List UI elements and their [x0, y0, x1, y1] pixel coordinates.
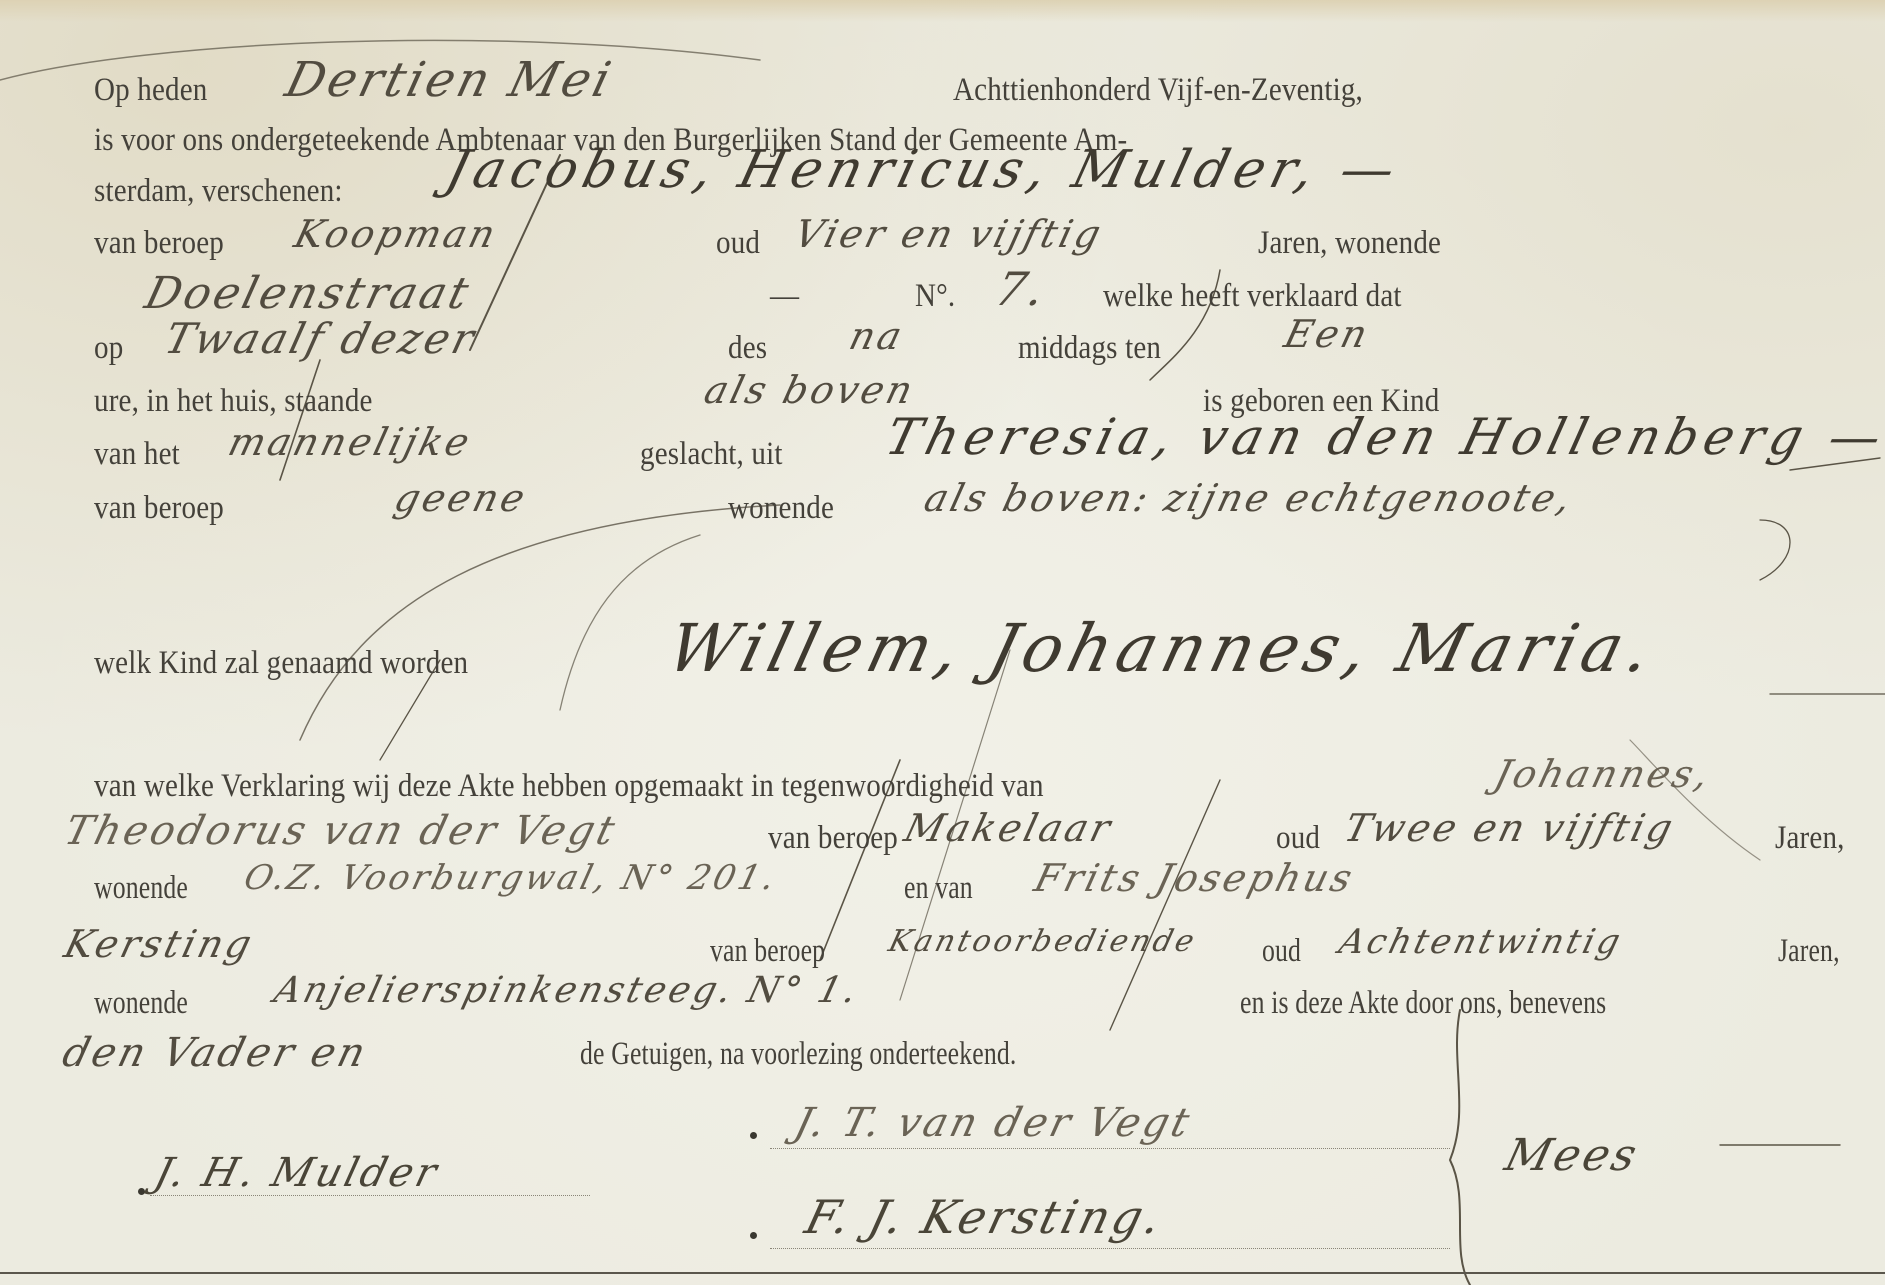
print-oud-2: oud	[1276, 820, 1320, 857]
signature-bullet	[750, 1132, 757, 1139]
birth-certificate-page: Op heden Dertien Mei Achttienhonderd Vij…	[0, 0, 1885, 1285]
hand-witness1-age: Twee en vijftig	[1340, 806, 1680, 850]
signature-father: J. H. Mulder	[150, 1150, 444, 1196]
hand-mother-name: Theresia, van den Hollenberg —	[880, 408, 1885, 466]
signature-official: Mees	[1500, 1130, 1644, 1181]
print-verklaard-dat: welke heeft verklaard dat	[1103, 278, 1402, 315]
hand-witness2-occupation: Kantoorbediende	[885, 924, 1201, 959]
print-jaren-2: Jaren,	[1775, 820, 1845, 857]
hand-birth-day: Twaalf dezer	[160, 314, 482, 363]
hand-mother-residence: als boven: zijne echtgenoote,	[920, 476, 1578, 520]
hand-declarant-age: Vier en vijftig	[790, 212, 1108, 256]
signature-line-witness2	[770, 1248, 1450, 1249]
hand-witness2-address: Anjelierspinkensteeg. N° 1.	[270, 970, 864, 1011]
print-wonende-2: wonende	[728, 490, 834, 527]
hand-voor-na: na	[845, 314, 909, 358]
hand-birth-location: als boven	[700, 368, 920, 412]
print-van-beroep-1: van beroep	[94, 225, 224, 262]
print-van-beroep-3: van beroep	[768, 820, 898, 857]
print-akte-door-ons: en is deze Akte door ons, benevens	[1240, 985, 1606, 1022]
hand-den-vader-en: den Vader en	[58, 1030, 373, 1076]
signature-bullet	[138, 1188, 145, 1195]
hand-witness2-firstnames: Frits Josephus	[1030, 856, 1359, 900]
hand-witness2-surname: Kersting	[60, 922, 259, 966]
hand-birth-hour: Een	[1280, 312, 1375, 356]
print-year: Achttienhonderd Vijf-en-Zeventig,	[953, 72, 1363, 109]
print-van-beroep-2: van beroep	[94, 490, 224, 527]
hand-declarant-occupation: Koopman	[290, 212, 503, 256]
hand-mother-occupation: geene	[390, 476, 532, 520]
print-getuigen-onderteekend: de Getuigen, na voorlezing onderteekend.	[580, 1036, 1017, 1073]
print-van-beroep-4: van beroep	[710, 933, 825, 970]
print-dash: —	[770, 278, 799, 315]
print-verschenen: sterdam, verschenen:	[94, 173, 343, 210]
signature-witness2: F. J. Kersting.	[800, 1190, 1169, 1244]
print-geslacht-uit: geslacht, uit	[640, 436, 783, 473]
print-kind-genaamd: welk Kind zal genaamd worden	[94, 645, 468, 682]
print-jaren-wonende: Jaren, wonende	[1258, 225, 1441, 262]
print-ure-huis-staande: ure, in het huis, staande	[94, 383, 373, 420]
hand-date-day-month: Dertien Mei	[280, 52, 619, 108]
print-wonende-4: wonende	[94, 985, 188, 1022]
print-op: op	[94, 330, 123, 367]
hand-declarant-street: Doelenstraat	[140, 268, 476, 319]
print-verklaring-tegenwoordigheid: van welke Verklaring wij deze Akte hebbe…	[94, 768, 1044, 805]
signature-line-father	[150, 1195, 590, 1196]
print-des: des	[728, 330, 767, 367]
signature-bullet	[750, 1232, 757, 1239]
signature-witness1: J. T. van der Vegt	[790, 1100, 1197, 1146]
hand-witness1-occupation: Makelaar	[900, 806, 1118, 850]
print-van-het: van het	[94, 436, 180, 473]
print-op-heden: Op heden	[94, 72, 208, 109]
hand-child-sex: mannelijke	[224, 420, 477, 464]
hand-witness1-firstname: Johannes,	[1490, 752, 1716, 796]
bottom-rule	[0, 1272, 1885, 1274]
print-jaren-3: Jaren,	[1778, 933, 1840, 970]
print-nr-1: N°.	[915, 278, 955, 315]
hand-witness1-name: Theodorus van der Vegt	[60, 808, 622, 854]
hand-declarant-name: Jacobus, Henricus, Mulder, —	[440, 140, 1407, 200]
print-oud-1: oud	[716, 225, 760, 262]
hand-witness2-age: Achtentwintig	[1335, 922, 1627, 962]
print-middags-ten: middags ten	[1018, 330, 1161, 367]
print-oud-3: oud	[1262, 933, 1301, 970]
signature-line-witness1	[770, 1148, 1450, 1149]
print-en-van: en van	[904, 870, 973, 907]
print-wonende-3: wonende	[94, 870, 188, 907]
hand-child-name: Willem, Johannes, Maria.	[660, 610, 1665, 687]
hand-witness1-address: O.Z. Voorburgwal, N° 201.	[240, 858, 782, 898]
